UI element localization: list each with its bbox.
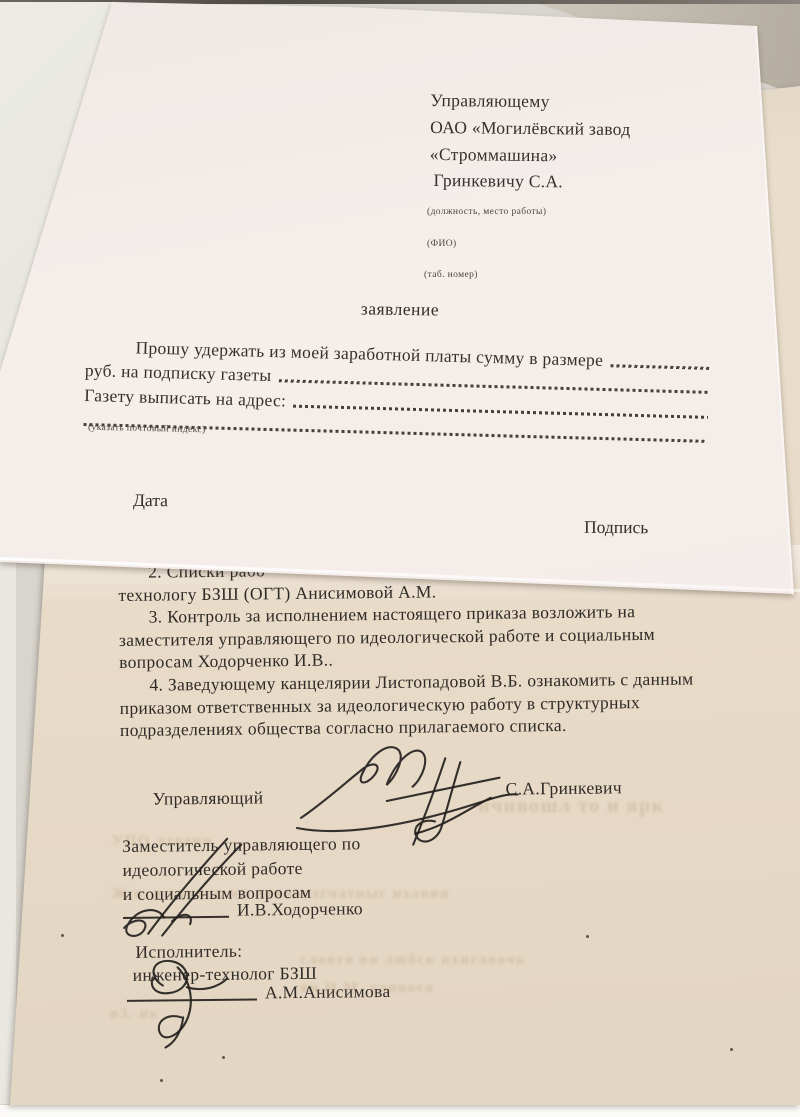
field-hint-number: (таб. номер) [424,270,478,280]
recipient-line: ОАО «Могилёвский завод [430,114,631,143]
fill-in-line [610,364,709,369]
recipient-line: «Строммашина» [430,141,631,170]
document-title: заявление [0,293,800,325]
field-hint-position: (должность, место работы) [427,207,546,217]
field-hint-name: (ФИО) [427,239,457,249]
application-sheet: Управляющему ОАО «Могилёвский завод «Стр… [0,0,800,1117]
application-sheet-wrap: Управляющему ОАО «Могилёвский завод «Стр… [0,0,800,1117]
recipient-block: Управляющему ОАО «Могилёвский завод «Стр… [429,87,630,196]
scanned-document: нчивошл то и ярк УПО лтвенн Ж.я. жлчнвск… [0,0,800,1117]
recipient-line: Гринкевичу С.А. [429,167,630,196]
recipient-line: Управляющему [430,87,631,116]
signature-label: Подпись [584,517,648,539]
postal-hint: (указать почтовый индекс) [88,423,206,436]
date-label: Дата [133,490,168,511]
